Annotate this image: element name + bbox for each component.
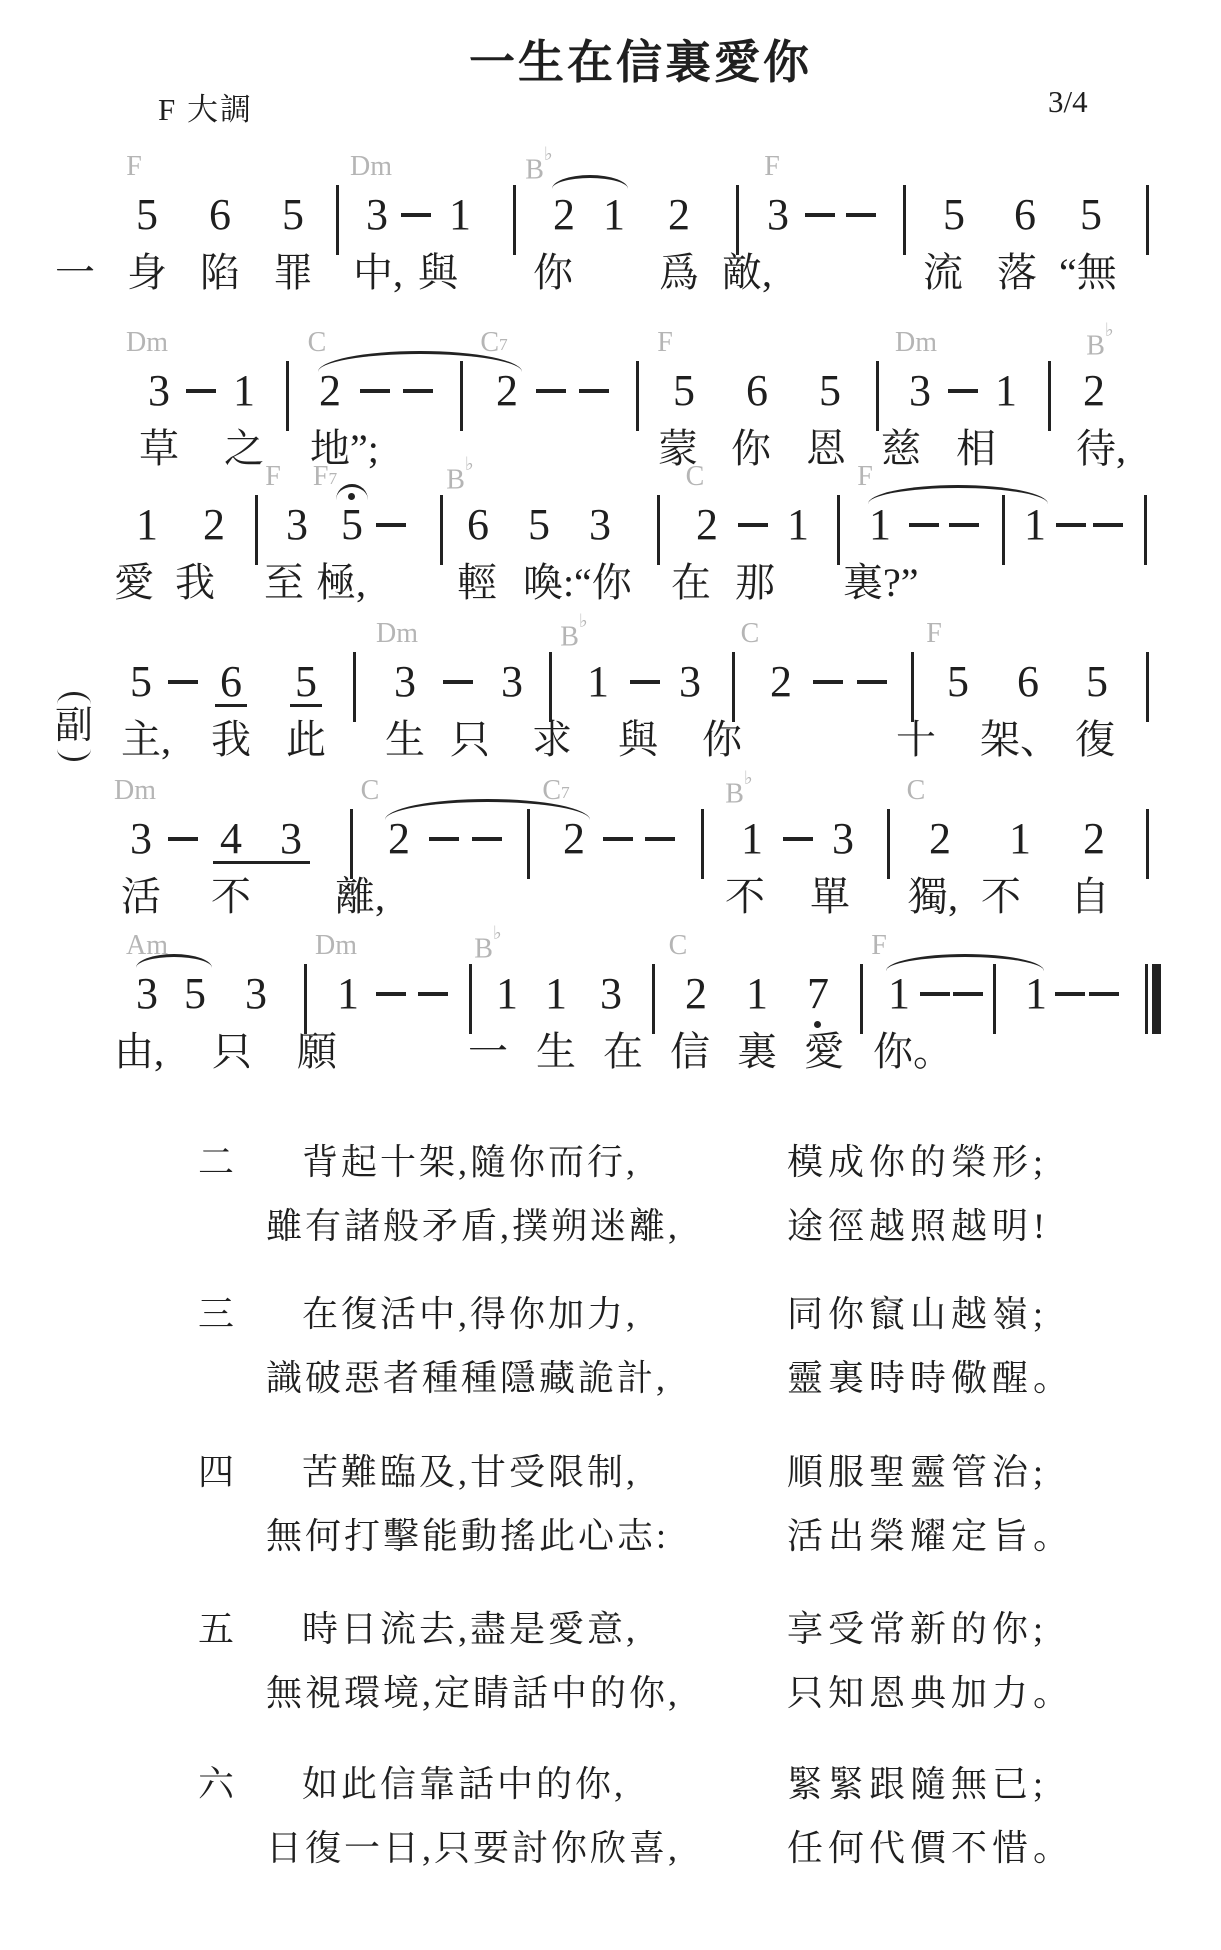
duration-dash (376, 523, 406, 527)
note-digit: 6 (1017, 660, 1039, 704)
duration-dash (857, 680, 887, 684)
verse-line-2-col-2: 只知恩典加力。 (787, 1672, 1074, 1715)
flat-sign: ♭ (493, 923, 502, 943)
chord-label: C (669, 932, 688, 960)
note-digit: 1 (1009, 817, 1031, 861)
key-signature-label: F 大調 (158, 84, 253, 129)
note-digit: 5 (1086, 660, 1108, 704)
lyric-syllable: 身 (127, 253, 167, 293)
note-digit: 1 (1025, 972, 1047, 1016)
chord-label: Dm (315, 932, 357, 960)
marker-arc-bottom (57, 749, 91, 761)
duration-dash (403, 389, 433, 393)
note-digit: 2 (685, 972, 707, 1016)
lyric-syllable: 在 (671, 563, 711, 603)
note-digit: 5 (184, 972, 206, 1016)
lyric-syllable: 在 (603, 1032, 643, 1072)
slur-tie (552, 175, 628, 189)
note-digit: 5 (947, 660, 969, 704)
lyric-syllable: 只 (212, 1032, 252, 1072)
verse-line-2-col-2: 途徑越照越明! (787, 1205, 1050, 1248)
note-digit: 1 (888, 972, 910, 1016)
verse-line-2-col-2: 任何代價不惜。 (787, 1827, 1074, 1870)
note-digit: 5 (130, 660, 152, 704)
duration-dash (418, 992, 448, 996)
barline (911, 652, 914, 722)
lyric-syllable: 復 (1075, 720, 1115, 760)
lyric-syllable: 與 (618, 720, 658, 760)
note-digit: 5 (1080, 193, 1102, 237)
lyric-syllable: 草 (139, 429, 179, 469)
slur-tie (868, 485, 1048, 504)
note-digit: 1 (337, 972, 359, 1016)
lyric-syllable: 罪 (273, 253, 313, 293)
lyric-syllable: 離, (335, 877, 385, 917)
note-digit: 1 (787, 503, 809, 547)
note-digit: 1 (603, 193, 625, 237)
lyric-syllable: 求 (532, 720, 572, 760)
note-digit: 5 (295, 660, 317, 704)
note-digit: 2 (388, 817, 410, 861)
chord-label: B♭ (474, 932, 501, 963)
lyric-syllable: 你 (702, 720, 742, 760)
duration-dash (630, 680, 660, 684)
duration-dash (536, 389, 566, 393)
verse-number: 六 (198, 1763, 234, 1806)
note-digit: 1 (136, 503, 158, 547)
chord-label: C (741, 620, 760, 648)
lyric-syllable: 主, (121, 720, 171, 760)
duration-dash (429, 837, 459, 841)
lyric-syllable: 生 (385, 720, 425, 760)
verse-number: 五 (198, 1608, 234, 1651)
lyric-syllable: 十 (896, 720, 936, 760)
lyric-syllable: 喚: (523, 563, 574, 603)
note-digit: 3 (600, 972, 622, 1016)
duration-dash (1055, 992, 1085, 996)
note-digit: 5 (341, 503, 363, 547)
duration-dash (805, 213, 835, 217)
barline (350, 809, 353, 879)
lyric-syllable: 愛 (804, 1032, 844, 1072)
note-digit: 2 (696, 503, 718, 547)
verse-number: 四 (198, 1451, 234, 1494)
barline (469, 964, 472, 1034)
barline (1002, 495, 1005, 565)
note-digit: 1 (545, 972, 567, 1016)
barline (636, 361, 639, 431)
duration-dash (1089, 992, 1119, 996)
note-digit: 2 (319, 369, 341, 413)
flat-sign: ♭ (544, 144, 553, 164)
verse-line-2-col-1: 雖有諸般矛盾,撲朔迷離, (266, 1205, 680, 1248)
note-digit: 3 (136, 972, 158, 1016)
lyric-syllable: 慈 (881, 429, 921, 469)
barline (903, 185, 906, 255)
flat-sign: ♭ (744, 768, 753, 788)
chord-label: Dm (126, 329, 168, 357)
chord-label: B♭ (1086, 329, 1113, 360)
verse-line-1-col-2: 模成你的榮形; (787, 1141, 1048, 1184)
chord-label: F (764, 153, 780, 181)
note-digit: 3 (366, 193, 388, 237)
duration-dash (168, 680, 198, 684)
note-digit: 3 (767, 193, 789, 237)
duration-dash (783, 837, 813, 841)
verse-line-2-col-2: 靈裏時時儆醒。 (787, 1357, 1074, 1400)
chorus-marker: 副 (50, 692, 98, 761)
duration-dash (168, 837, 198, 841)
lyric-syllable: 信 (670, 1032, 710, 1072)
note-digit: 1 (1024, 503, 1046, 547)
duration-dash (443, 680, 473, 684)
barline (860, 964, 863, 1034)
duration-dash (909, 523, 939, 527)
lyric-syllable: 爲 (659, 253, 699, 293)
lyric-syllable: 待, (1076, 429, 1126, 469)
verse-line-2-col-1: 日復一日,只要討你欣喜, (266, 1827, 680, 1870)
verse-line-1-col-1: 背起十架,隨你而行, (302, 1141, 638, 1184)
verse-line-1-col-1: 如此信靠話中的你, (302, 1763, 626, 1806)
chord-label: F (657, 329, 673, 357)
chord-label: Dm (376, 620, 418, 648)
fermata-dot (348, 493, 355, 500)
note-digit: 1 (746, 972, 768, 1016)
barline (549, 652, 552, 722)
duration-dash (186, 389, 216, 393)
lyric-syllable: 恩 (806, 429, 846, 469)
note-digit: 3 (286, 503, 308, 547)
lyric-syllable: 願 (297, 1032, 337, 1072)
lyric-syllable: 相 (956, 429, 996, 469)
lyric-syllable: 不 (211, 877, 251, 917)
lyric-syllable: 那 (735, 563, 775, 603)
lyric-syllable: 單 (810, 877, 850, 917)
final-barline-thin (1145, 964, 1148, 1034)
lyric-syllable: 中, (353, 253, 403, 293)
chord-label: C (308, 329, 327, 357)
note-digit: 4 (220, 817, 242, 861)
note-digit: 3 (245, 972, 267, 1016)
lyric-syllable: 不 (725, 877, 765, 917)
final-barline-thick (1152, 964, 1161, 1034)
lyric-syllable: 裏?” (843, 563, 919, 603)
marker-glyph: 副 (50, 704, 98, 749)
lyric-syllable: 落 (997, 253, 1037, 293)
barline (513, 185, 516, 255)
note-digit: 5 (136, 193, 158, 237)
note-digit: 1 (587, 660, 609, 704)
eighth-beam (213, 861, 310, 864)
note-digit: 3 (148, 369, 170, 413)
duration-dash (948, 389, 978, 393)
note-digit: 3 (679, 660, 701, 704)
duration-dash (949, 523, 979, 527)
verse-line-2-col-1: 識破惡者種種隱藏詭計, (266, 1357, 668, 1400)
hymn-sheet: 一生在信裏愛你 F 大調 3/4 FDmB♭F565312123565身陷罪中,… (0, 0, 1221, 1950)
lyric-syllable: 你 (731, 429, 771, 469)
chord-label: B♭ (725, 777, 752, 808)
note-digit: 3 (909, 369, 931, 413)
note-digit: 6 (220, 660, 242, 704)
verse-line-2-col-1: 無視環境,定睛話中的你, (266, 1672, 680, 1715)
note-digit: 5 (528, 503, 550, 547)
lyric-syllable: 輕 (457, 563, 497, 603)
barline (286, 361, 289, 431)
chord-seventh: 7 (561, 783, 570, 802)
duration-dash (376, 992, 406, 996)
note-digit: 6 (209, 193, 231, 237)
duration-dash (953, 992, 983, 996)
barline (1146, 652, 1149, 722)
note-digit: 5 (943, 193, 965, 237)
chord-seventh: 7 (499, 335, 508, 354)
duration-dash (738, 523, 768, 527)
barline (1144, 495, 1147, 565)
barline (837, 495, 840, 565)
duration-dash (472, 837, 502, 841)
note-digit: 2 (770, 660, 792, 704)
chord-label: Dm (350, 153, 392, 181)
chord-label: Dm (114, 777, 156, 805)
note-digit: 5 (819, 369, 841, 413)
note-digit: 3 (589, 503, 611, 547)
lyric-syllable: 生 (536, 1032, 576, 1072)
slur-tie (886, 954, 1044, 971)
chord-label: Dm (895, 329, 937, 357)
lyric-syllable: 流 (923, 253, 963, 293)
chord-label: C7 (480, 329, 507, 357)
verse-line-1-col-1: 時日流去,盡是愛意, (302, 1608, 638, 1651)
duration-dash (1056, 523, 1086, 527)
note-digit: 6 (467, 503, 489, 547)
chord-label: C (907, 777, 926, 805)
chord-label: F (926, 620, 942, 648)
chord-label: C (686, 463, 705, 491)
low-octave-dot (814, 1021, 821, 1028)
chord-seventh: 7 (328, 469, 337, 488)
chord-label: F (871, 932, 887, 960)
duration-dash (846, 213, 876, 217)
barline (1146, 185, 1149, 255)
flat-sign: ♭ (465, 454, 474, 474)
lyric-syllable: 愛 (114, 563, 154, 603)
chord-label: B♭ (525, 153, 552, 184)
lyric-syllable: 至 (264, 563, 304, 603)
barline (876, 361, 879, 431)
note-digit: 3 (832, 817, 854, 861)
marker-arc-top (57, 692, 91, 704)
duration-dash (645, 837, 675, 841)
lyric-syllable: 一 (468, 1032, 508, 1072)
lyric-syllable: 活 (121, 877, 161, 917)
lyric-syllable: 你。 (873, 1032, 953, 1072)
note-digit: 1 (869, 503, 891, 547)
barline (652, 964, 655, 1034)
verse-line-1-col-2: 同你竄山越嶺; (787, 1293, 1048, 1336)
duration-dash (579, 389, 609, 393)
note-digit: 2 (203, 503, 225, 547)
note-digit: 3 (280, 817, 302, 861)
verse-one-marker: 一 (55, 253, 95, 293)
lyric-syllable: 獨, (908, 877, 958, 917)
barline (732, 652, 735, 722)
barline (304, 964, 307, 1034)
note-digit: 3 (501, 660, 523, 704)
lyric-syllable: 我 (175, 563, 215, 603)
note-digit: 2 (668, 193, 690, 237)
chord-label: B♭ (446, 463, 473, 494)
duration-dash (401, 213, 431, 217)
note-digit: 1 (496, 972, 518, 1016)
chord-label: F7 (313, 463, 337, 491)
page-title: 一生在信裏愛你 (30, 26, 1221, 92)
lyric-syllable: 極, (316, 563, 366, 603)
chord-label: F (857, 463, 873, 491)
lyric-syllable: “無 (1059, 253, 1117, 293)
barline (1048, 361, 1051, 431)
verse-number: 三 (198, 1293, 234, 1336)
lyric-syllable: 此 (286, 720, 326, 760)
lyric-syllable: 架、 (980, 720, 1060, 760)
note-digit: 2 (1083, 817, 1105, 861)
note-digit: 7 (807, 972, 829, 1016)
note-digit: 6 (746, 369, 768, 413)
verse-line-2-col-1: 無何打擊能動搖此心志: (266, 1515, 669, 1558)
chord-label: F (126, 153, 142, 181)
lyric-syllable: “你 (574, 563, 632, 603)
verse-line-2-col-2: 活出榮耀定旨。 (787, 1515, 1074, 1558)
lyric-syllable: 裏 (737, 1032, 777, 1072)
note-digit: 2 (1083, 369, 1105, 413)
verse-line-1-col-1: 在復活中,得你加力, (302, 1293, 638, 1336)
barline (255, 495, 258, 565)
lyric-syllable: 不 (981, 877, 1021, 917)
duration-dash (603, 837, 633, 841)
barline (353, 652, 356, 722)
barline (887, 809, 890, 879)
chord-label: C7 (542, 777, 569, 805)
verse-line-1-col-2: 緊緊跟隨無已; (787, 1763, 1048, 1806)
duration-dash (360, 389, 390, 393)
note-digit: 3 (394, 660, 416, 704)
duration-dash (1093, 523, 1123, 527)
lyric-syllable: 由, (114, 1032, 164, 1072)
flat-sign: ♭ (579, 611, 588, 631)
chord-label: B♭ (560, 620, 587, 651)
note-digit: 1 (741, 817, 763, 861)
note-digit: 2 (496, 369, 518, 413)
note-digit: 3 (130, 817, 152, 861)
lyric-syllable: 我 (211, 720, 251, 760)
verse-line-1-col-2: 享受常新的你; (787, 1608, 1048, 1651)
lyric-syllable: 只 (450, 720, 490, 760)
barline (657, 495, 660, 565)
barline (701, 809, 704, 879)
flat-sign: ♭ (1105, 320, 1114, 340)
lyric-syllable: 自 (1070, 877, 1110, 917)
note-digit: 6 (1014, 193, 1036, 237)
barline (1146, 809, 1149, 879)
note-digit: 5 (673, 369, 695, 413)
barline (736, 185, 739, 255)
eighth-underline (215, 704, 247, 707)
lyric-syllable: 陷 (200, 253, 240, 293)
barline (993, 964, 996, 1034)
duration-dash (920, 992, 950, 996)
time-signature-label: 3/4 (1048, 84, 1088, 120)
lyric-syllable: 你 (533, 253, 573, 293)
lyric-syllable: 之 (224, 429, 264, 469)
note-digit: 2 (553, 193, 575, 237)
note-digit: 2 (563, 817, 585, 861)
lyric-syllable: 敵, (722, 253, 772, 293)
note-digit: 1 (233, 369, 255, 413)
verse-line-1-col-2: 順服聖靈管治; (787, 1451, 1048, 1494)
duration-dash (813, 680, 843, 684)
eighth-underline (290, 704, 322, 707)
chord-label: C (361, 777, 380, 805)
barline (440, 495, 443, 565)
note-digit: 2 (929, 817, 951, 861)
lyric-syllable: 與 (418, 253, 458, 293)
barline (336, 185, 339, 255)
note-digit: 1 (449, 193, 471, 237)
note-digit: 1 (995, 369, 1017, 413)
verse-number: 二 (198, 1141, 234, 1184)
note-digit: 5 (282, 193, 304, 237)
chord-label: F (265, 463, 281, 491)
verse-line-1-col-1: 苦難臨及,甘受限制, (302, 1451, 638, 1494)
